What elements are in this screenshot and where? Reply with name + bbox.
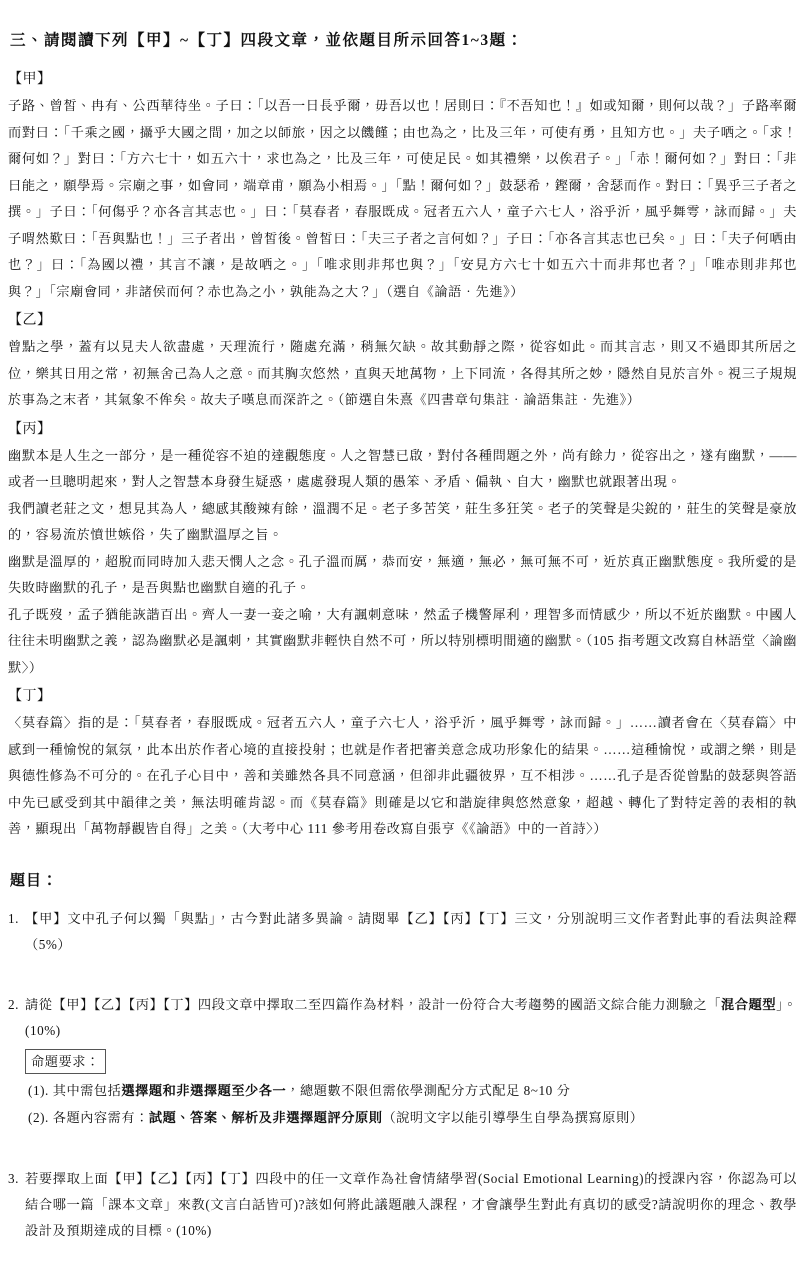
requirement-box-label: 命題要求：: [25, 1049, 106, 1074]
passage-yi-label: 【乙】: [8, 309, 797, 333]
question-1-number: 1.: [8, 906, 25, 932]
subitem-1-bold: 選擇題和非選擇題至少各一: [121, 1083, 286, 1098]
question-2-subitem-1: (1). 其中需包括選擇題和非選擇題至少各一，總題數不限但需依學測配分方式配足 …: [28, 1078, 797, 1104]
passage-yi-text: 曾點之學，蓋有以見夫人欲盡處，天理流行，隨處充滿，稍無欠缺。故其動靜之際，從容如…: [8, 334, 797, 414]
subitem-1-start: (1). 其中需包括: [28, 1083, 121, 1098]
question-3: 3. 若要擇取上面【甲】【乙】【丙】【丁】四段中的任一文章作為社會情緒學習(So…: [8, 1166, 797, 1244]
question-1-text: 【甲】文中孔子何以獨「與點」，古今對此諸多異論。請閱畢【乙】【丙】【丁】三文，分…: [25, 906, 797, 958]
passage-bing-paragraph-3: 幽默是溫厚的，超脫而同時加入悲天憫人之念。孔子溫而厲，恭而安，無適，無必，無可無…: [8, 549, 797, 602]
passage-jia-text: 子路、曾皙、冉有、公西華待坐。子曰：「以吾一日長乎爾，毋吾以也！居則曰：『不吾知…: [8, 93, 797, 305]
question-2-text-bold: 混合題型: [721, 997, 776, 1012]
question-2: 2. 請從【甲】【乙】【丙】【丁】四段文章中擇取二至四篇作為材料，設計一份符合大…: [8, 992, 797, 1132]
passage-jia-label: 【甲】: [8, 68, 797, 92]
subitem-1-end: ，總題數不限但需依學測配分方式配足 8~10 分: [286, 1083, 570, 1098]
passage-ding-text: 〈莫春篇〉指的是：「莫春者，春服既成。冠者五六人，童子六七人，浴乎沂，風乎舞雩，…: [8, 710, 797, 843]
question-3-text: 若要擇取上面【甲】【乙】【丙】【丁】四段中的任一文章作為社會情緒學習(Socia…: [25, 1166, 797, 1244]
section-title: 三、請閱讀下列【甲】~【丁】四段文章，並依題目所示回答1~3題：: [10, 28, 797, 50]
subitem-2-end: （說明文字以能引導學生自學為撰寫原則）: [382, 1110, 643, 1125]
passage-ding-label: 【丁】: [8, 685, 797, 709]
subitem-2-start: (2). 各題內容需有：: [28, 1110, 149, 1125]
question-3-number: 3.: [8, 1166, 25, 1192]
question-2-text-start: 請從【甲】【乙】【丙】【丁】四段文章中擇取二至四篇作為材料，設計一份符合大考趨勢…: [25, 997, 721, 1012]
passage-bing: 【丙】 幽默本是人生之一部分，是一種從容不迫的達觀態度。人之智慧已啟，對付各種問…: [8, 418, 797, 682]
passage-bing-paragraph-2: 我們讀老莊之文，想見其為人，總感其酸辣有餘，溫潤不足。老子多苦笑，莊生多狂笑。老…: [8, 496, 797, 549]
passage-jia: 【甲】 子路、曾皙、冉有、公西華待坐。子曰：「以吾一日長乎爾，毋吾以也！居則曰：…: [8, 68, 797, 305]
question-1: 1. 【甲】文中孔子何以獨「與點」，古今對此諸多異論。請閱畢【乙】【丙】【丁】三…: [8, 906, 797, 958]
passage-bing-paragraph-4: 孔子既歿，孟子猶能詼諧百出。齊人一妻一妾之喻，大有諷刺意味，然孟子機警犀利，理智…: [8, 602, 797, 682]
exam-document-page: 三、請閱讀下列【甲】~【丁】四段文章，並依題目所示回答1~3題： 【甲】 子路、…: [0, 0, 807, 1284]
subitem-2-bold: 試題、答案、解析及非選擇題評分原則: [149, 1110, 383, 1125]
passage-bing-label: 【丙】: [8, 418, 797, 442]
question-2-number: 2.: [8, 992, 25, 1018]
passage-ding: 【丁】 〈莫春篇〉指的是：「莫春者，春服既成。冠者五六人，童子六七人，浴乎沂，風…: [8, 685, 797, 843]
question-2-body: 請從【甲】【乙】【丙】【丁】四段文章中擇取二至四篇作為材料，設計一份符合大考趨勢…: [25, 992, 797, 1132]
passage-yi: 【乙】 曾點之學，蓋有以見夫人欲盡處，天理流行，隨處充滿，稍無欠缺。故其動靜之際…: [8, 309, 797, 414]
passage-bing-paragraph-1: 幽默本是人生之一部分，是一種從容不迫的達觀態度。人之智慧已啟，對付各種問題之外，…: [8, 443, 797, 496]
question-2-subitem-2: (2). 各題內容需有：試題、答案、解析及非選擇題評分原則（說明文字以能引導學生…: [28, 1105, 797, 1131]
requirement-box-row: 命題要求：: [25, 1044, 797, 1077]
questions-heading: 題目：: [10, 869, 797, 890]
